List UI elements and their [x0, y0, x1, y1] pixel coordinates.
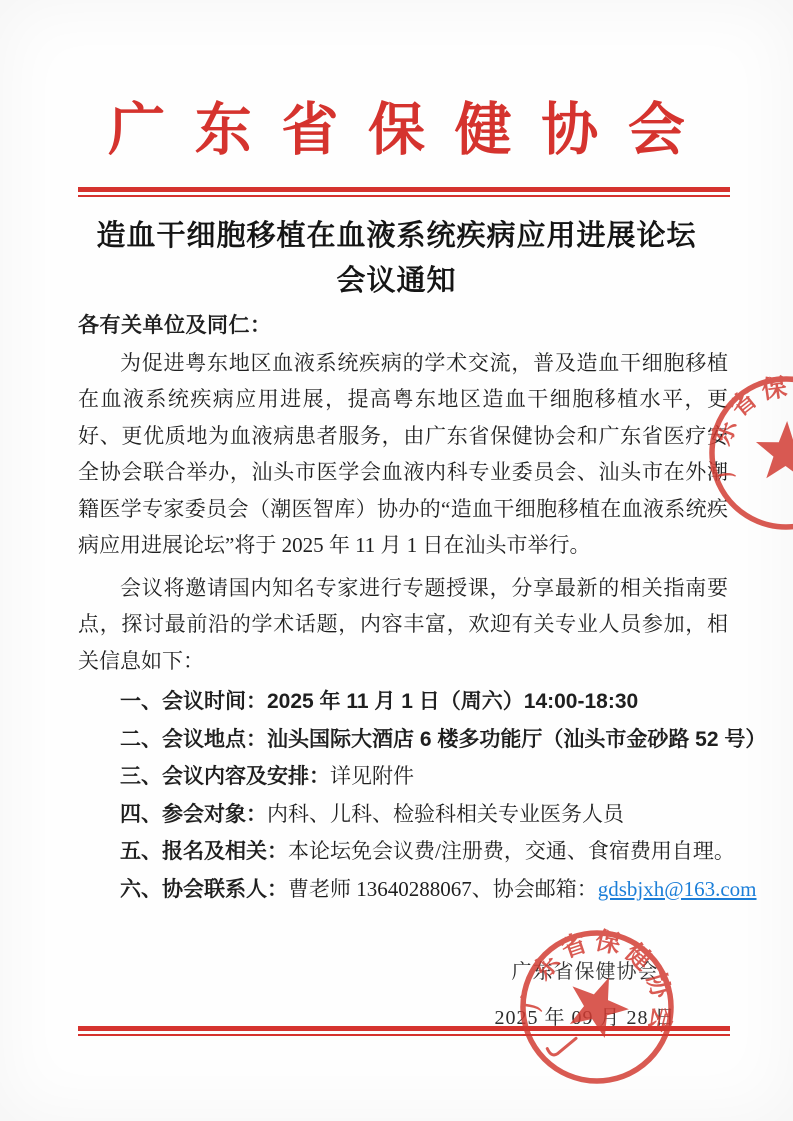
official-seal-icon: 广东省保健协会 — [502, 911, 692, 1103]
meeting-venue-label: 二、会议地点： — [120, 728, 267, 751]
seal-star-icon — [559, 966, 637, 1042]
attendees-label: 四、参会对象： — [120, 803, 267, 826]
list-item-attendees: 四、参会对象：内科、儿科、检验科相关专业医务人员 — [78, 796, 728, 834]
meeting-agenda-value: 详见附件 — [330, 764, 414, 788]
meeting-info-list: 一、会议时间：2025 年 11 月 1 日（周六）14:00-18:30 二、… — [78, 683, 728, 908]
list-item-meeting-agenda: 三、会议内容及安排：详见附件 — [78, 758, 728, 796]
meeting-agenda-label: 三、会议内容及安排： — [120, 765, 330, 788]
header-rule-thin — [78, 195, 730, 197]
contact-label: 六、协会联系人： — [120, 878, 288, 901]
list-item-contact: 六、协会联系人：曹老师 13640288067、协会邮箱：gdsbjxh@163… — [78, 871, 728, 909]
notice-document-page: 广东省保健协会 造血干细胞移植在血液系统疾病应用进展论坛 会议通知 各有关单位及… — [0, 0, 793, 1121]
contact-value: 曹老师 13640288067、协会邮箱： — [288, 877, 598, 901]
header-rule-thick — [78, 187, 730, 192]
meeting-venue-value: 汕头国际大酒店 6 楼多功能厅（汕头市金砂路 52 号） — [267, 728, 766, 751]
paragraph-invitation: 会议将邀请国内知名专家进行专题授课，分享最新的相关指南要点，探讨最前沿的学术话题… — [78, 570, 728, 680]
meeting-time-label: 一、会议时间： — [120, 690, 267, 713]
association-masthead: 广东省保健协会 — [0, 86, 793, 176]
notice-body: 各有关单位及同仁： 为促进粤东地区血液系统疾病的学术交流，普及造血干细胞移植在血… — [78, 308, 728, 908]
document-title: 造血干细胞移植在血液系统疾病应用进展论坛 会议通知 — [0, 214, 793, 304]
seal-checkmark-icon — [546, 1033, 576, 1059]
document-title-line1: 造血干细胞移植在血液系统疾病应用进展论坛 — [0, 214, 793, 259]
paragraph-introduction: 为促进粤东地区血液系统疾病的学术交流，普及造血干细胞移植在血液系统疾病应用进展，… — [78, 345, 728, 564]
salutation: 各有关单位及同仁： — [78, 308, 728, 345]
attendees-value: 内科、儿科、检验科相关专业医务人员 — [267, 802, 624, 826]
association-email-link[interactable]: gdsbjxh@163.com — [598, 877, 757, 901]
document-title-line2: 会议通知 — [0, 259, 793, 304]
seal-star-icon — [755, 420, 793, 480]
list-item-meeting-time: 一、会议时间：2025 年 11 月 1 日（周六）14:00-18:30 — [78, 683, 728, 721]
list-item-meeting-venue: 二、会议地点：汕头国际大酒店 6 楼多功能厅（汕头市金砂路 52 号） — [78, 721, 728, 759]
registration-label: 五、报名及相关： — [120, 840, 288, 863]
list-item-registration: 五、报名及相关：本论坛免会议费/注册费，交通、食宿费用自理。 — [78, 833, 728, 871]
registration-value: 本论坛免会议费/注册费，交通、食宿费用自理。 — [288, 839, 735, 863]
meeting-time-value: 2025 年 11 月 1 日（周六）14:00-18:30 — [267, 690, 638, 713]
